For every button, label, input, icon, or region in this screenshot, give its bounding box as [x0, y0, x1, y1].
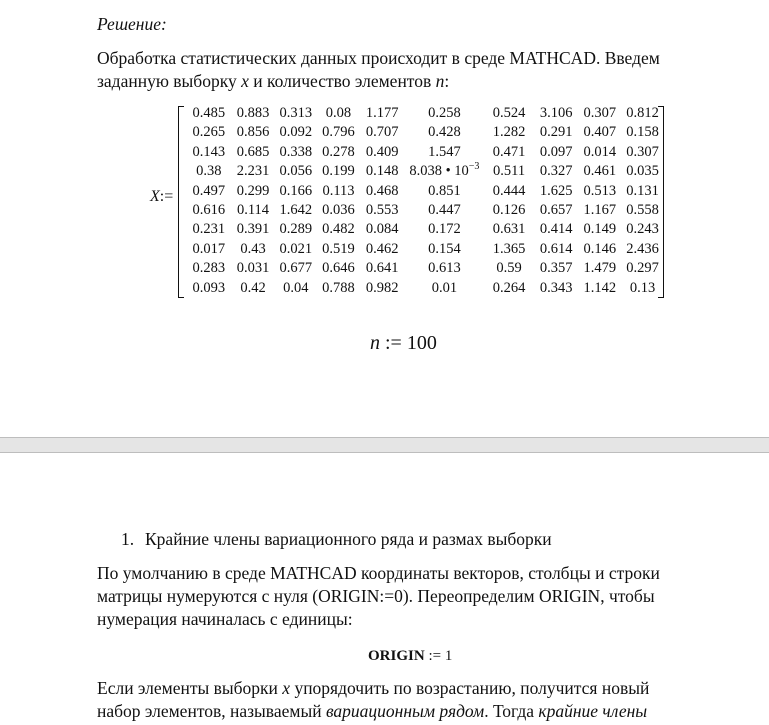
- var-text-c: набор элементов, называемый: [97, 701, 326, 721]
- matrix-cell: 0.357: [534, 259, 579, 278]
- intro-line-2c: :: [444, 71, 449, 91]
- matrix-cell: 1.365: [484, 240, 534, 259]
- matrix-cell: 0.148: [360, 162, 405, 181]
- matrix-cell: 0.014: [578, 143, 621, 162]
- matrix-cell: 0.199: [317, 162, 360, 181]
- matrix-cell: 0.677: [274, 259, 317, 278]
- matrix-cell: 0.471: [484, 143, 534, 162]
- intro-paragraph: Обработка статистических данных происход…: [97, 47, 722, 93]
- matrix-cell: 0.613: [405, 259, 485, 278]
- matrix-cell: 0.444: [484, 182, 534, 201]
- origin-line-2: матрицы нумеруются с нуля (ORIGIN:=0). П…: [97, 586, 655, 606]
- intro-line-2a: заданную выборку: [97, 71, 241, 91]
- matrix-cell: 0.38: [186, 162, 232, 181]
- term-extreme-members: крайние члены: [538, 701, 647, 721]
- matrix-cell: 0.327: [534, 162, 579, 181]
- matrix-cell: 0.265: [186, 123, 232, 142]
- matrix-cell: 0.146: [578, 240, 621, 259]
- matrix-row: 0.2830.0310.6770.6460.6410.6130.590.3571…: [186, 259, 664, 278]
- matrix-cell: 0.462: [360, 240, 405, 259]
- var-text-d: . Тогда: [484, 701, 538, 721]
- matrix-cell: 0.114: [232, 201, 275, 220]
- page-break-gap: [0, 437, 769, 453]
- matrix-cell: 0.497: [186, 182, 232, 201]
- matrix-row: 0.4970.2990.1660.1130.4680.8510.4441.625…: [186, 182, 664, 201]
- matrix-cell: 0.036: [317, 201, 360, 220]
- matrix-cell: 0.166: [274, 182, 317, 201]
- origin-paragraph: По умолчанию в среде MATHCAD координаты …: [97, 562, 722, 631]
- matrix-cell: 0.084: [360, 220, 405, 239]
- var-x: x: [241, 71, 249, 91]
- matrix-cell: 0.338: [274, 143, 317, 162]
- matrix-cell: 0.414: [534, 220, 579, 239]
- matrix-cell: 0.031: [232, 259, 275, 278]
- matrix-cell: 0.391: [232, 220, 275, 239]
- matrix-table: 0.4850.8830.3130.081.1770.2580.5243.1060…: [186, 104, 664, 298]
- matrix-cell: 0.519: [317, 240, 360, 259]
- matrix-row: 0.0930.420.040.7880.9820.010.2640.3431.1…: [186, 279, 664, 298]
- matrix-cell: 0.482: [317, 220, 360, 239]
- matrix-cell: 0.513: [578, 182, 621, 201]
- matrix-definition: X:= 0.4850.8830.3130.081.1770.2580.5243.…: [150, 104, 670, 298]
- matrix-cell: 0.258: [405, 104, 485, 123]
- solution-heading: Решение:: [97, 14, 167, 35]
- matrix-cell: 0.056: [274, 162, 317, 181]
- matrix-cell: 0.468: [360, 182, 405, 201]
- matrix-cell: 0.511: [484, 162, 534, 181]
- intro-line-2b: и количество элементов: [249, 71, 436, 91]
- origin-value: 1: [445, 648, 453, 664]
- matrix-cell: 0.616: [186, 201, 232, 220]
- section-heading: 1.Крайние члены вариационного ряда и раз…: [121, 529, 552, 550]
- matrix-cell: 1.625: [534, 182, 579, 201]
- matrix-cell: 0.01: [405, 279, 485, 298]
- assign-operator: :=: [160, 188, 173, 205]
- right-bracket: [658, 106, 664, 298]
- var-text-a: Если элементы выборки: [97, 678, 282, 698]
- matrix-cell: 0.113: [317, 182, 360, 201]
- matrix-cell: 0.04: [274, 279, 317, 298]
- origin-line-1: По умолчанию в среде MATHCAD координаты …: [97, 563, 660, 583]
- matrix-cell: 1.547: [405, 143, 485, 162]
- matrix-row: 0.382.2310.0560.1990.1488.038 • 10−30.51…: [186, 162, 664, 181]
- matrix-cell: 0.264: [484, 279, 534, 298]
- matrix-cell: 0.685: [232, 143, 275, 162]
- matrix-cell: 0.982: [360, 279, 405, 298]
- matrix-cell: 0.289: [274, 220, 317, 239]
- matrix-row: 0.6160.1141.6420.0360.5530.4470.1260.657…: [186, 201, 664, 220]
- matrix-cell: 1.177: [360, 104, 405, 123]
- matrix-cell: 0.231: [186, 220, 232, 239]
- matrix-cell: 0.631: [484, 220, 534, 239]
- matrix-cell: 0.08: [317, 104, 360, 123]
- matrix-cell: 0.283: [186, 259, 232, 278]
- var-x-2: x: [282, 678, 290, 698]
- matrix-cell: 1.642: [274, 201, 317, 220]
- matrix-cell: 0.856: [232, 123, 275, 142]
- matrix-cell: 0.278: [317, 143, 360, 162]
- matrix-cell: 0.614: [534, 240, 579, 259]
- matrix-cell: 0.407: [578, 123, 621, 142]
- intro-line-1: Обработка статистических данных происход…: [97, 48, 660, 68]
- matrix-cell: 0.313: [274, 104, 317, 123]
- matrix-cell: 0.154: [405, 240, 485, 259]
- matrix-cell: 0.657: [534, 201, 579, 220]
- matrix-cell: 0.021: [274, 240, 317, 259]
- matrix-cell: 0.343: [534, 279, 579, 298]
- matrix: 0.4850.8830.3130.081.1770.2580.5243.1060…: [178, 104, 664, 298]
- section-number: 1.: [121, 529, 145, 550]
- matrix-cell: 0.093: [186, 279, 232, 298]
- matrix-cell: 0.59: [484, 259, 534, 278]
- matrix-cell: 0.851: [405, 182, 485, 201]
- matrix-cell: 0.553: [360, 201, 405, 220]
- matrix-cell: 0.42: [232, 279, 275, 298]
- matrix-cell: 1.142: [578, 279, 621, 298]
- matrix-cell: 1.282: [484, 123, 534, 142]
- matrix-cell: 0.172: [405, 220, 485, 239]
- matrix-cell: 0.428: [405, 123, 485, 142]
- matrix-row: 0.0170.430.0210.5190.4620.1541.3650.6140…: [186, 240, 664, 259]
- origin-operator: :=: [428, 648, 441, 664]
- left-bracket: [178, 106, 184, 298]
- origin-assignment: ORIGIN := 1: [368, 648, 452, 665]
- n-assignment: n := 100: [370, 332, 437, 355]
- matrix-cell: 0.43: [232, 240, 275, 259]
- matrix-cell: 0.461: [578, 162, 621, 181]
- variation-paragraph: Если элементы выборки x упорядочить по в…: [97, 677, 722, 723]
- matrix-variable: X: [150, 188, 160, 205]
- matrix-cell: 0.017: [186, 240, 232, 259]
- matrix-cell: 0.126: [484, 201, 534, 220]
- matrix-cell: 1.167: [578, 201, 621, 220]
- origin-line-3: нумерация начиналась с единицы:: [97, 609, 353, 629]
- matrix-cell: 0.143: [186, 143, 232, 162]
- n-variable: n: [370, 332, 380, 354]
- matrix-cell: 0.409: [360, 143, 405, 162]
- matrix-row: 0.4850.8830.3130.081.1770.2580.5243.1060…: [186, 104, 664, 123]
- matrix-cell: 0.092: [274, 123, 317, 142]
- matrix-cell: 0.299: [232, 182, 275, 201]
- matrix-cell: 0.097: [534, 143, 579, 162]
- matrix-cell: 0.447: [405, 201, 485, 220]
- matrix-cell: 0.641: [360, 259, 405, 278]
- matrix-cell: 2.231: [232, 162, 275, 181]
- matrix-cell: 3.106: [534, 104, 579, 123]
- matrix-cell: 0.149: [578, 220, 621, 239]
- matrix-cell: 0.788: [317, 279, 360, 298]
- var-text-b: упорядочить по возрастанию, получится но…: [290, 678, 649, 698]
- n-value: 100: [407, 332, 437, 354]
- matrix-cell: 0.485: [186, 104, 232, 123]
- matrix-cell: 0.291: [534, 123, 579, 142]
- matrix-row: 0.2650.8560.0920.7960.7070.4281.2820.291…: [186, 123, 664, 142]
- matrix-cell: 0.524: [484, 104, 534, 123]
- section-title: Крайние члены вариационного ряда и разма…: [145, 529, 552, 549]
- matrix-cell: 0.646: [317, 259, 360, 278]
- matrix-row: 0.2310.3910.2890.4820.0840.1720.6310.414…: [186, 220, 664, 239]
- matrix-cell: 8.038 • 10−3: [405, 162, 485, 181]
- matrix-cell: 0.796: [317, 123, 360, 142]
- matrix-cell: 0.707: [360, 123, 405, 142]
- n-operator: :=: [385, 332, 402, 354]
- matrix-row: 0.1430.6850.3380.2780.4091.5470.4710.097…: [186, 143, 664, 162]
- matrix-cell: 0.883: [232, 104, 275, 123]
- matrix-label: X:=: [150, 188, 173, 206]
- matrix-cell: 1.479: [578, 259, 621, 278]
- matrix-cell: 0.307: [578, 104, 621, 123]
- term-variation-series: вариационным рядом: [326, 701, 484, 721]
- origin-name: ORIGIN: [368, 648, 425, 664]
